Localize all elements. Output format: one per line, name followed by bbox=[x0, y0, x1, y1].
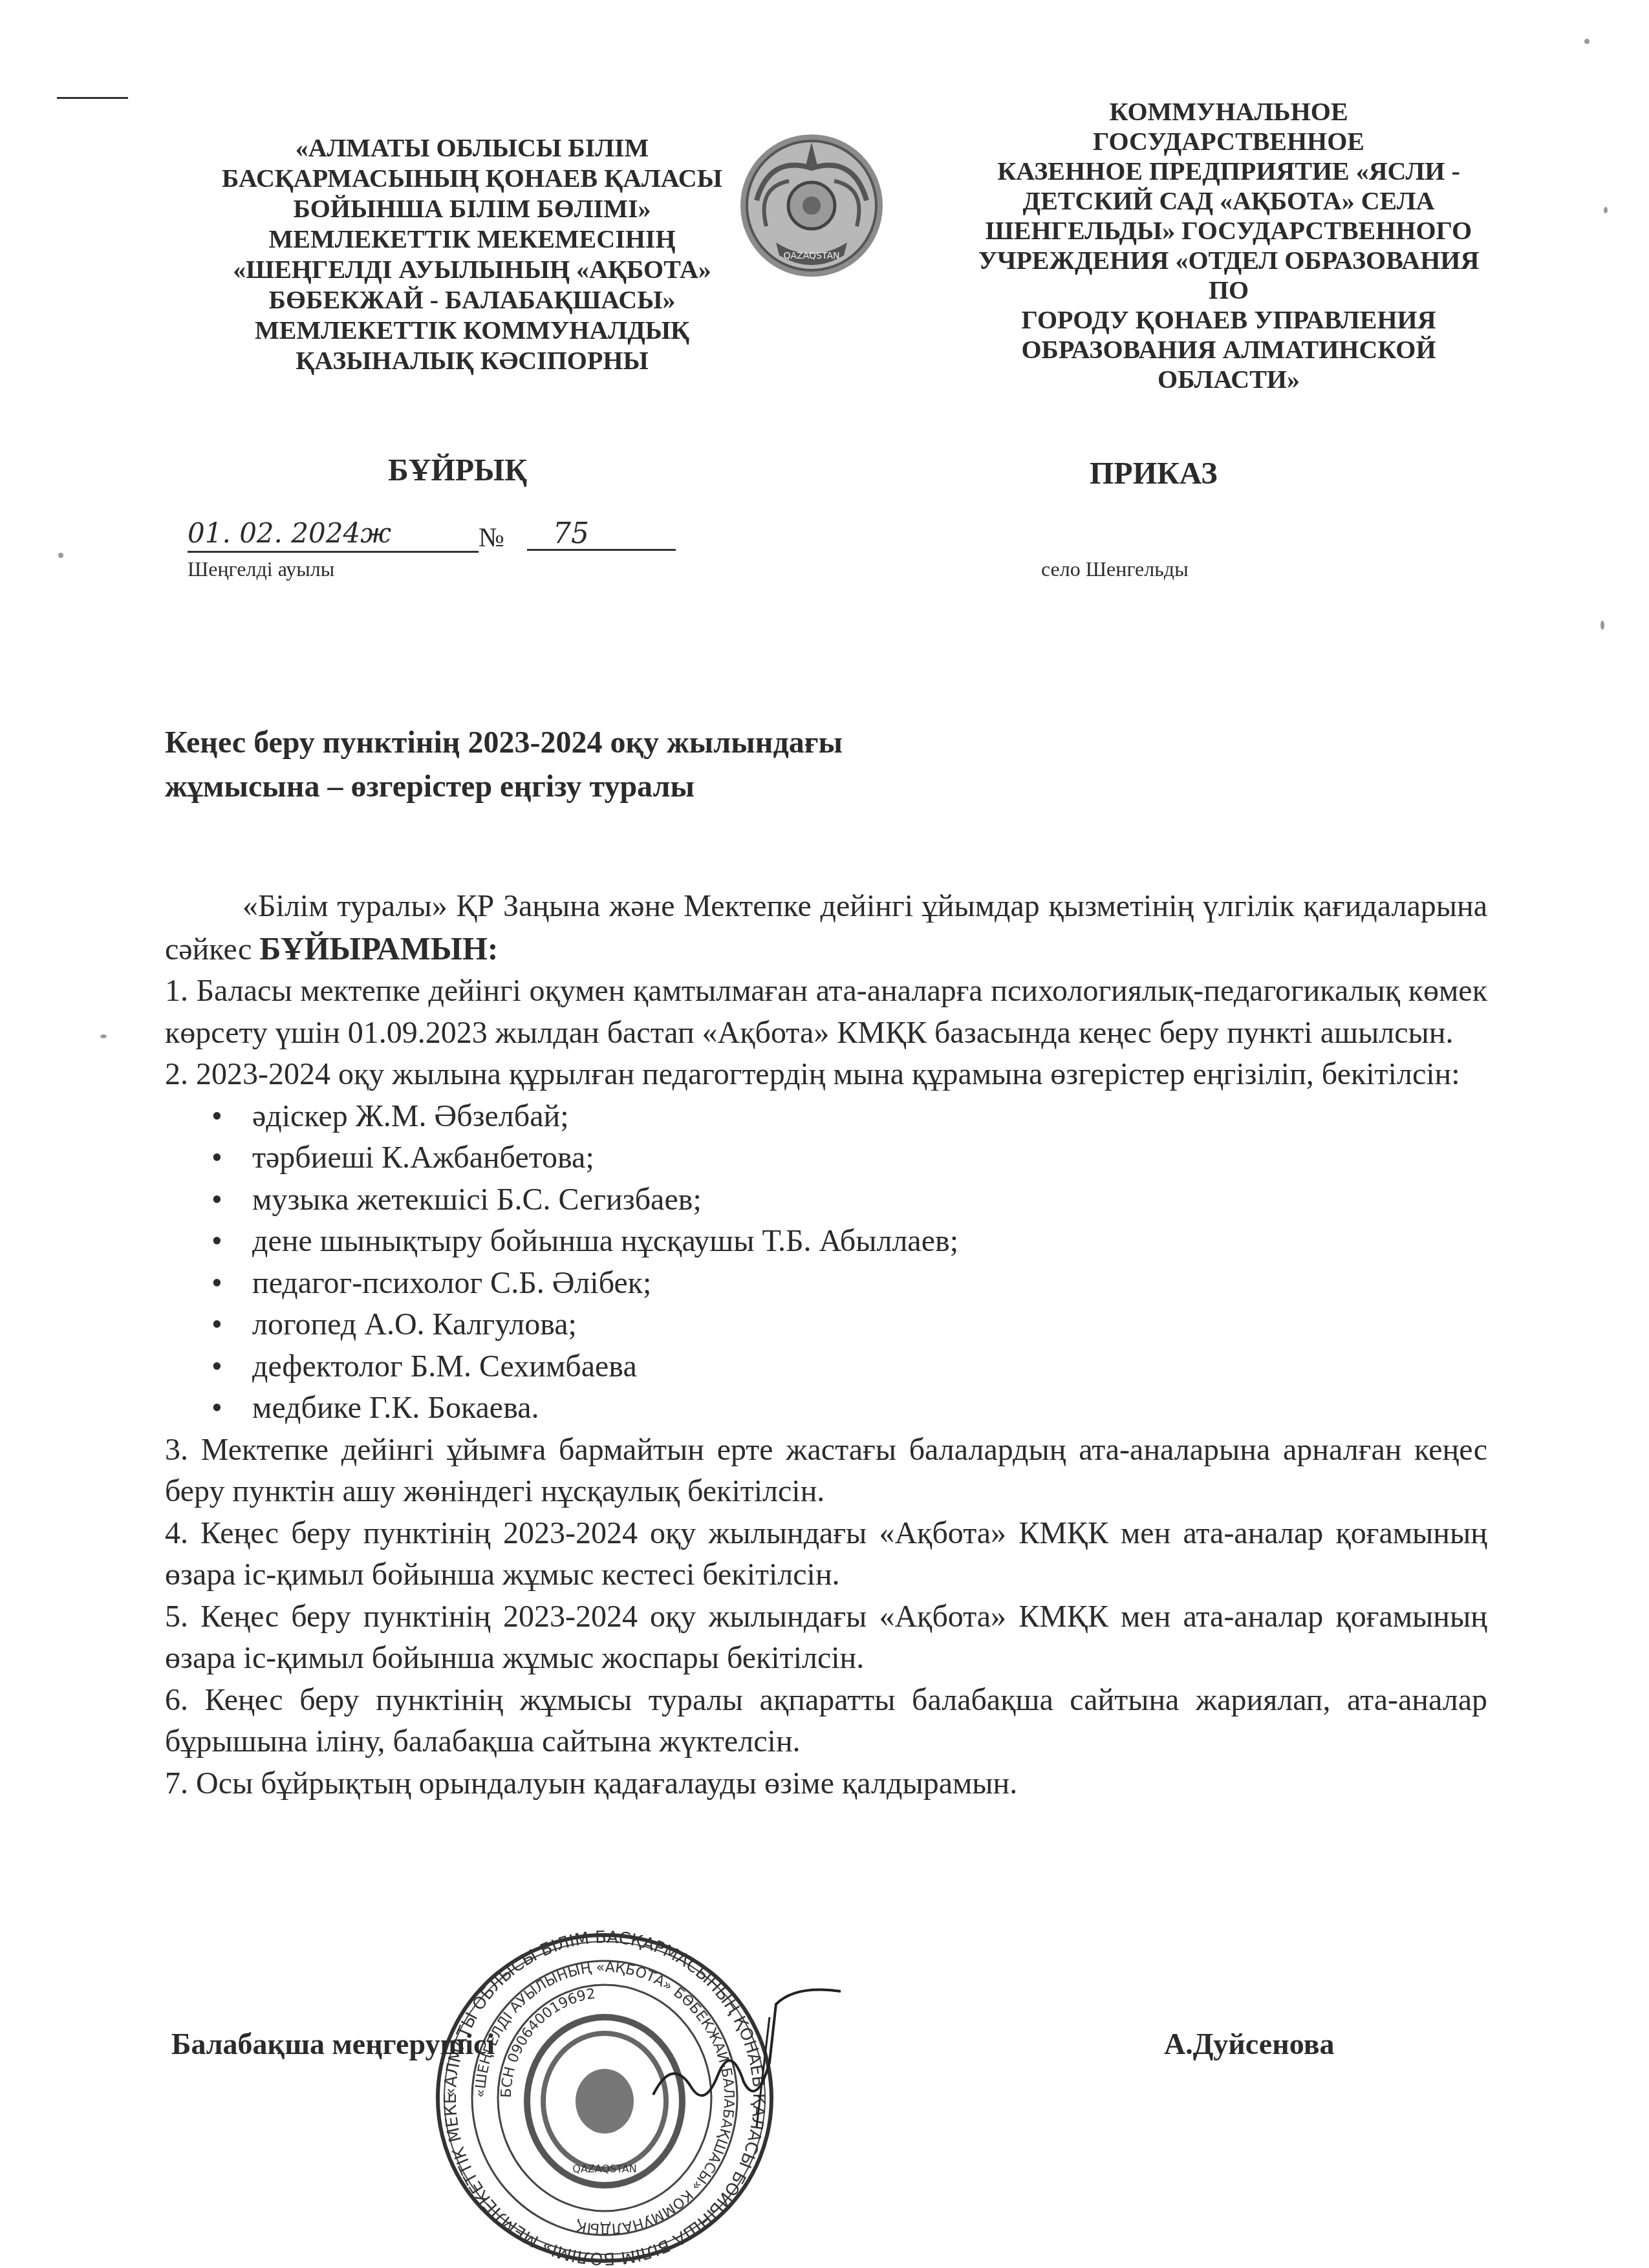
scan-speck bbox=[1600, 621, 1604, 630]
bullet-icon: • bbox=[211, 1179, 222, 1221]
order-date-number: 01. 02. 2024ж № 75 bbox=[175, 517, 660, 556]
staff-list-item: •дефектолог Б.М. Сехимбаева bbox=[165, 1346, 1487, 1388]
staff-member: логопед А.О. Калгулова; bbox=[252, 1307, 577, 1342]
order-title-kz: БҰЙРЫҚ bbox=[388, 453, 527, 488]
item-2: 2. 2023-2024 оқу жылына құрылған педагог… bbox=[165, 1054, 1487, 1096]
org-header-kz-line: БӨБЕКЖАЙ - БАЛАБАҚШАСЫ» bbox=[220, 284, 724, 315]
svg-text:QAZAQSTAN: QAZAQSTAN bbox=[784, 251, 840, 261]
staff-member: педагог-психолог С.Б. Әлібек; bbox=[252, 1266, 651, 1300]
staff-member: дене шынықтыру бойынша нұсқаушы Т.Б. Абы… bbox=[252, 1224, 958, 1258]
scan-speck bbox=[100, 1034, 107, 1038]
staff-member: музыка жетекшісі Б.С. Сегизбаев; bbox=[252, 1182, 702, 1217]
org-header-ru: КОММУНАЛЬНОЕ ГОСУДАРСТВЕННОЕ КАЗЕННОЕ ПР… bbox=[964, 97, 1494, 394]
org-header-ru-line: КОММУНАЛЬНОЕ bbox=[964, 97, 1494, 127]
org-header-ru-line: ДЕТСКИЙ САД «АҚБОТА» СЕЛА bbox=[964, 186, 1494, 216]
number-label: № bbox=[479, 522, 504, 553]
org-header-ru-line: УЧРЕЖДЕНИЯ «ОТДЕЛ ОБРАЗОВАНИЯ ПО bbox=[964, 246, 1494, 305]
staff-member: дефектолог Б.М. Сехимбаева bbox=[252, 1349, 637, 1384]
staff-member: тәрбиеші К.Ажбанбетова; bbox=[252, 1140, 594, 1175]
org-header-ru-line: ГОРОДУ ҚОНАЕВ УПРАВЛЕНИЯ bbox=[964, 305, 1494, 335]
org-header-ru-line: ШЕНГЕЛЬДЫ» ГОСУДАРСТВЕННОГО bbox=[964, 216, 1494, 246]
bullet-icon: • bbox=[211, 1387, 222, 1429]
place-kz: Шеңгелді ауылы bbox=[188, 557, 334, 581]
item-4: 4. Кеңес беру пунктінің 2023-2024 оқу жы… bbox=[165, 1513, 1487, 1596]
org-header-kz-line: БОЙЫНША БІЛІМ БӨЛІМІ» bbox=[220, 193, 724, 224]
scan-speck bbox=[1584, 39, 1590, 44]
order-number-handwritten: 75 bbox=[527, 517, 676, 551]
scan-edge-line bbox=[57, 97, 128, 99]
org-header-kz-line: МЕМЛЕКЕТТІК КОММУНАЛДЫҚ bbox=[220, 315, 724, 345]
org-header-kz-line: «ШЕҢГЕЛДІ АУЫЛЫНЫҢ «АҚБОТА» bbox=[220, 254, 724, 284]
org-header-ru-line: ОБЛАСТИ» bbox=[964, 365, 1494, 394]
staff-list-item: •педагог-психолог С.Б. Әлібек; bbox=[165, 1263, 1487, 1305]
svg-text:QAZAQSTAN: QAZAQSTAN bbox=[572, 2163, 636, 2175]
preamble-emphasis: БҰЙЫРАМЫН: bbox=[259, 930, 498, 967]
staff-list-item: •тәрбиеші К.Ажбанбетова; bbox=[165, 1137, 1487, 1179]
item-7: 7. Осы бұйрықтың орындалуын қадағалауды … bbox=[165, 1763, 1487, 1805]
subject-line: жұмысына – өзгерістер еңгізу туралы bbox=[165, 765, 1135, 809]
state-emblem-icon: QAZAQSTAN bbox=[731, 129, 892, 291]
place-ru: село Шенгельды bbox=[1041, 557, 1189, 581]
staff-member: медбике Г.К. Бокаева. bbox=[252, 1391, 539, 1425]
staff-list-item: •әдіскер Ж.М. Әбзелбай; bbox=[165, 1096, 1487, 1138]
org-header-kz: «АЛМАТЫ ОБЛЫСЫ БІЛІМ БАСҚАРМАСЫНЫҢ ҚОНАЕ… bbox=[220, 133, 724, 376]
org-header-kz-line: БАСҚАРМАСЫНЫҢ ҚОНАЕВ ҚАЛАСЫ bbox=[220, 163, 724, 193]
org-header-ru-line: КАЗЕННОЕ ПРЕДПРИЯТИЕ «ЯСЛИ - bbox=[964, 156, 1494, 186]
staff-list-item: •логопед А.О. Калгулова; bbox=[165, 1304, 1487, 1346]
subject-line: Кеңес беру пунктінің 2023-2024 оқу жылын… bbox=[165, 721, 1135, 765]
order-title-ru: ПРИКАЗ bbox=[1090, 456, 1218, 491]
org-header-kz-line: МЕМЛЕКЕТТІК МЕКЕМЕСІНІҢ bbox=[220, 224, 724, 254]
org-header-ru-line: ГОСУДАРСТВЕННОЕ bbox=[964, 127, 1494, 156]
preamble: «Білім туралы» ҚР Заңына және Мектепке д… bbox=[165, 886, 1487, 970]
bullet-icon: • bbox=[211, 1346, 222, 1388]
staff-list-item: •музыка жетекшісі Б.С. Сегизбаев; bbox=[165, 1179, 1487, 1221]
scan-speck bbox=[58, 553, 63, 558]
item-1: 1. Баласы мектепке дейінгі оқумен қамтыл… bbox=[165, 970, 1487, 1054]
bullet-icon: • bbox=[211, 1304, 222, 1346]
document-subject: Кеңес беру пунктінің 2023-2024 оқу жылын… bbox=[165, 721, 1135, 809]
order-date-handwritten: 01. 02. 2024ж bbox=[188, 517, 479, 553]
signatory-name: А.Дуйсенова bbox=[1164, 2027, 1334, 2061]
bullet-icon: • bbox=[211, 1137, 222, 1179]
item-5: 5. Кеңес беру пунктінің 2023-2024 оқу жы… bbox=[165, 1596, 1487, 1680]
org-header-kz-line: ҚАЗЫНАЛЫҚ КӘСІПОРНЫ bbox=[220, 345, 724, 376]
item-3: 3. Мектепке дейінгі ұйымға бармайтын ерт… bbox=[165, 1429, 1487, 1513]
bullet-icon: • bbox=[211, 1096, 222, 1138]
signatory-role: Балабақша меңгерушісі bbox=[171, 2027, 495, 2061]
item-6: 6. Кеңес беру пунктінің жұмысы туралы ақ… bbox=[165, 1680, 1487, 1763]
org-header-ru-line: ОБРАЗОВАНИЯ АЛМАТИНСКОЙ bbox=[964, 335, 1494, 365]
staff-member: әдіскер Ж.М. Әбзелбай; bbox=[252, 1099, 569, 1133]
org-header-kz-line: «АЛМАТЫ ОБЛЫСЫ БІЛІМ bbox=[220, 133, 724, 163]
bullet-icon: • bbox=[211, 1263, 222, 1305]
handwritten-signature-icon bbox=[647, 1978, 854, 2134]
staff-list: •әдіскер Ж.М. Әбзелбай; •тәрбиеші К.Ажба… bbox=[165, 1096, 1487, 1429]
document-body: «Білім туралы» ҚР Заңына және Мектепке д… bbox=[165, 886, 1487, 1804]
scan-speck bbox=[1604, 207, 1608, 213]
bullet-icon: • bbox=[211, 1221, 222, 1263]
staff-list-item: •дене шынықтыру бойынша нұсқаушы Т.Б. Аб… bbox=[165, 1221, 1487, 1263]
staff-list-item: •медбике Г.К. Бокаева. bbox=[165, 1387, 1487, 1429]
